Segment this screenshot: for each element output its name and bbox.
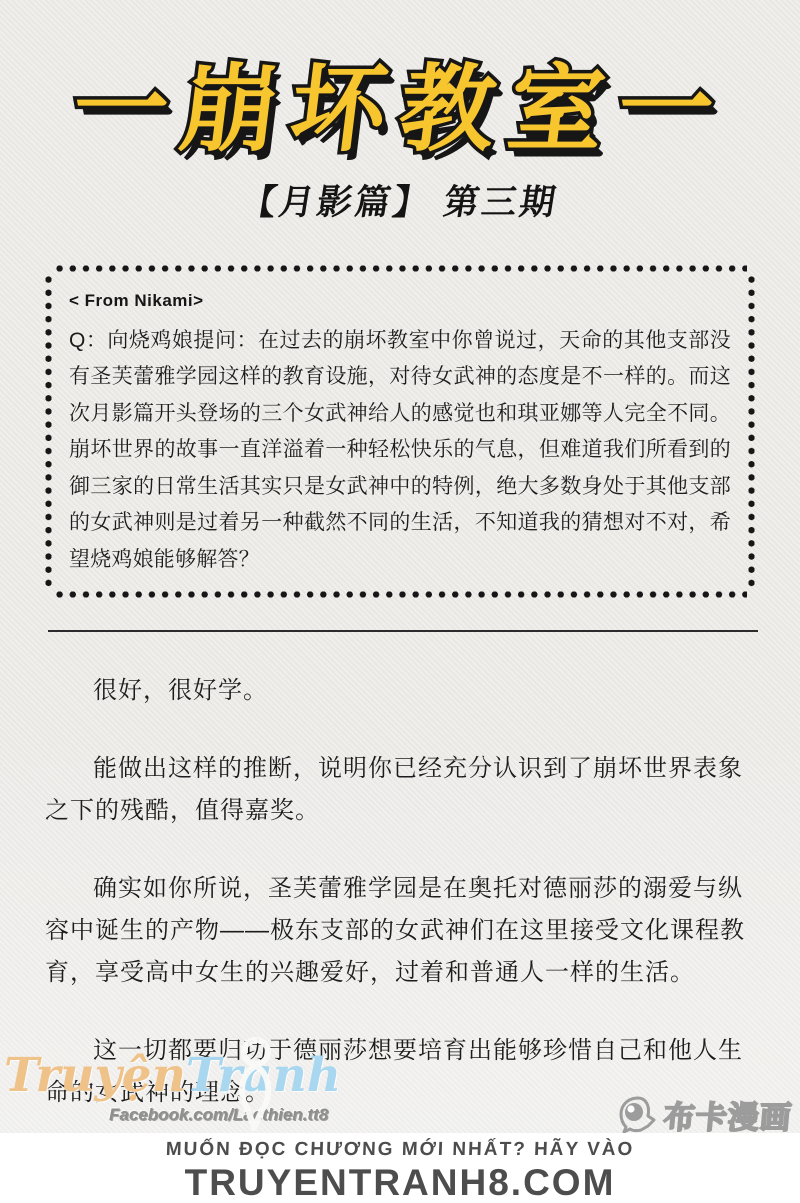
buka-logo-label: 布卡漫画 [662, 1092, 794, 1137]
footer-banner: MUỐN ĐỌC CHƯƠNG MỚI NHẤT? HÃY VÀO TRUYEN… [0, 1133, 800, 1203]
dotted-border-bottom [53, 591, 747, 598]
question-text: Q：向烧鸡娘提问：在过去的崩坏教室中你曾说过，天命的其他支部没有圣芙蕾雅学园这样… [69, 323, 731, 579]
answer-paragraph: 能做出这样的推断，说明你已经充分认识到了崩坏世界表象之下的残酷，值得嘉奖。 [45, 748, 755, 832]
translator-watermark: TruyệnTranh Facebook.com/Lacthien.tt8 [4, 1052, 304, 1125]
watermark-brand-part1: Truyện [4, 1048, 186, 1103]
dotted-border-left [45, 273, 52, 591]
dotted-border-right [748, 273, 755, 591]
comic-qa-page: 一崩坏教室一 【月影篇】 第三期 < From Nikami> Q：向烧鸡娘提问… [0, 0, 800, 1203]
footer-site-url: TRUYENTRANH8.COM [0, 1162, 800, 1203]
section-divider [48, 630, 758, 632]
page-title: 一崩坏教室一 [0, 58, 800, 163]
question-sender-label: < From Nikami> [69, 291, 731, 311]
buka-mascot-icon [618, 1096, 658, 1134]
answer-paragraph: 很好，很好学。 [45, 670, 755, 712]
figure-8-icon [232, 1036, 276, 1132]
dotted-border-top [53, 265, 747, 272]
page-subtitle: 【月影篇】 第三期 [0, 175, 800, 225]
question-box: < From Nikami> Q：向烧鸡娘提问：在过去的崩坏教室中你曾说过，天命… [45, 265, 755, 599]
answer-paragraph: 确实如你所说，圣芙蕾雅学园是在奥托对德丽莎的溺爱与纵容中诞生的产物——极东支部的… [45, 868, 755, 994]
buka-logo: 布卡漫画 [618, 1092, 792, 1137]
footer-tagline: MUỐN ĐỌC CHƯƠNG MỚI NHẤT? HÃY VÀO [0, 1139, 800, 1161]
